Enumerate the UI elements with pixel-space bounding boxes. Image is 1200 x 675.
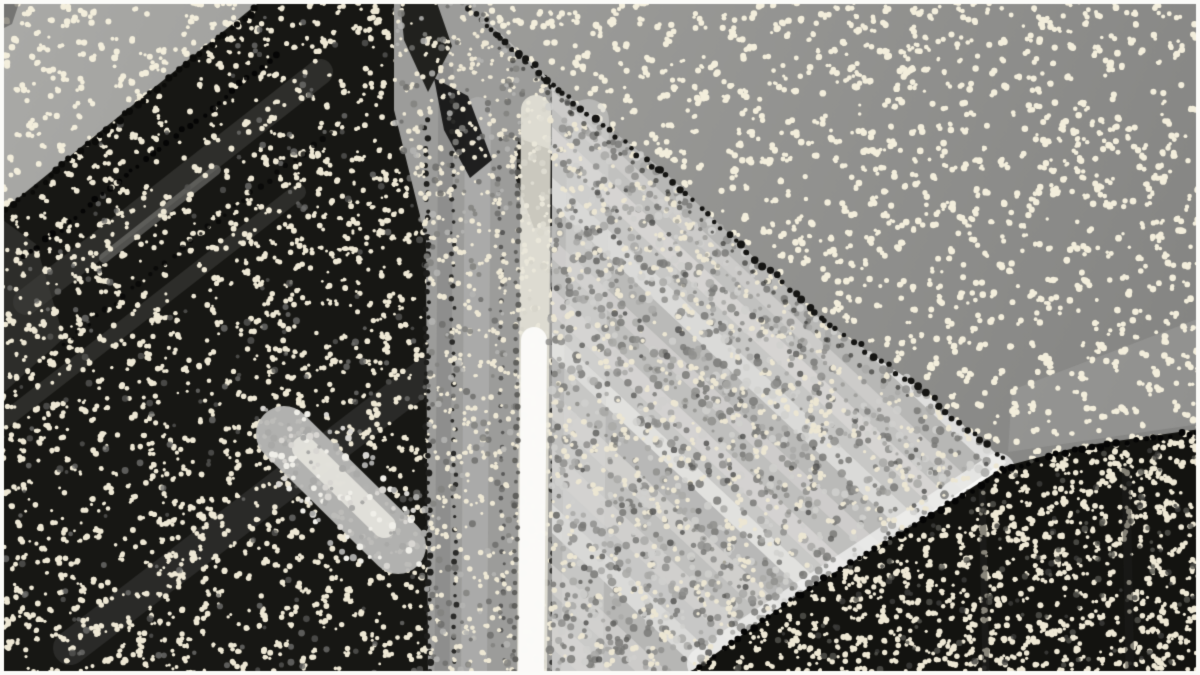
artwork-canvas	[0, 0, 1200, 675]
pointillist-artwork: Monochrome pointillist artwork: looking …	[0, 0, 1200, 675]
